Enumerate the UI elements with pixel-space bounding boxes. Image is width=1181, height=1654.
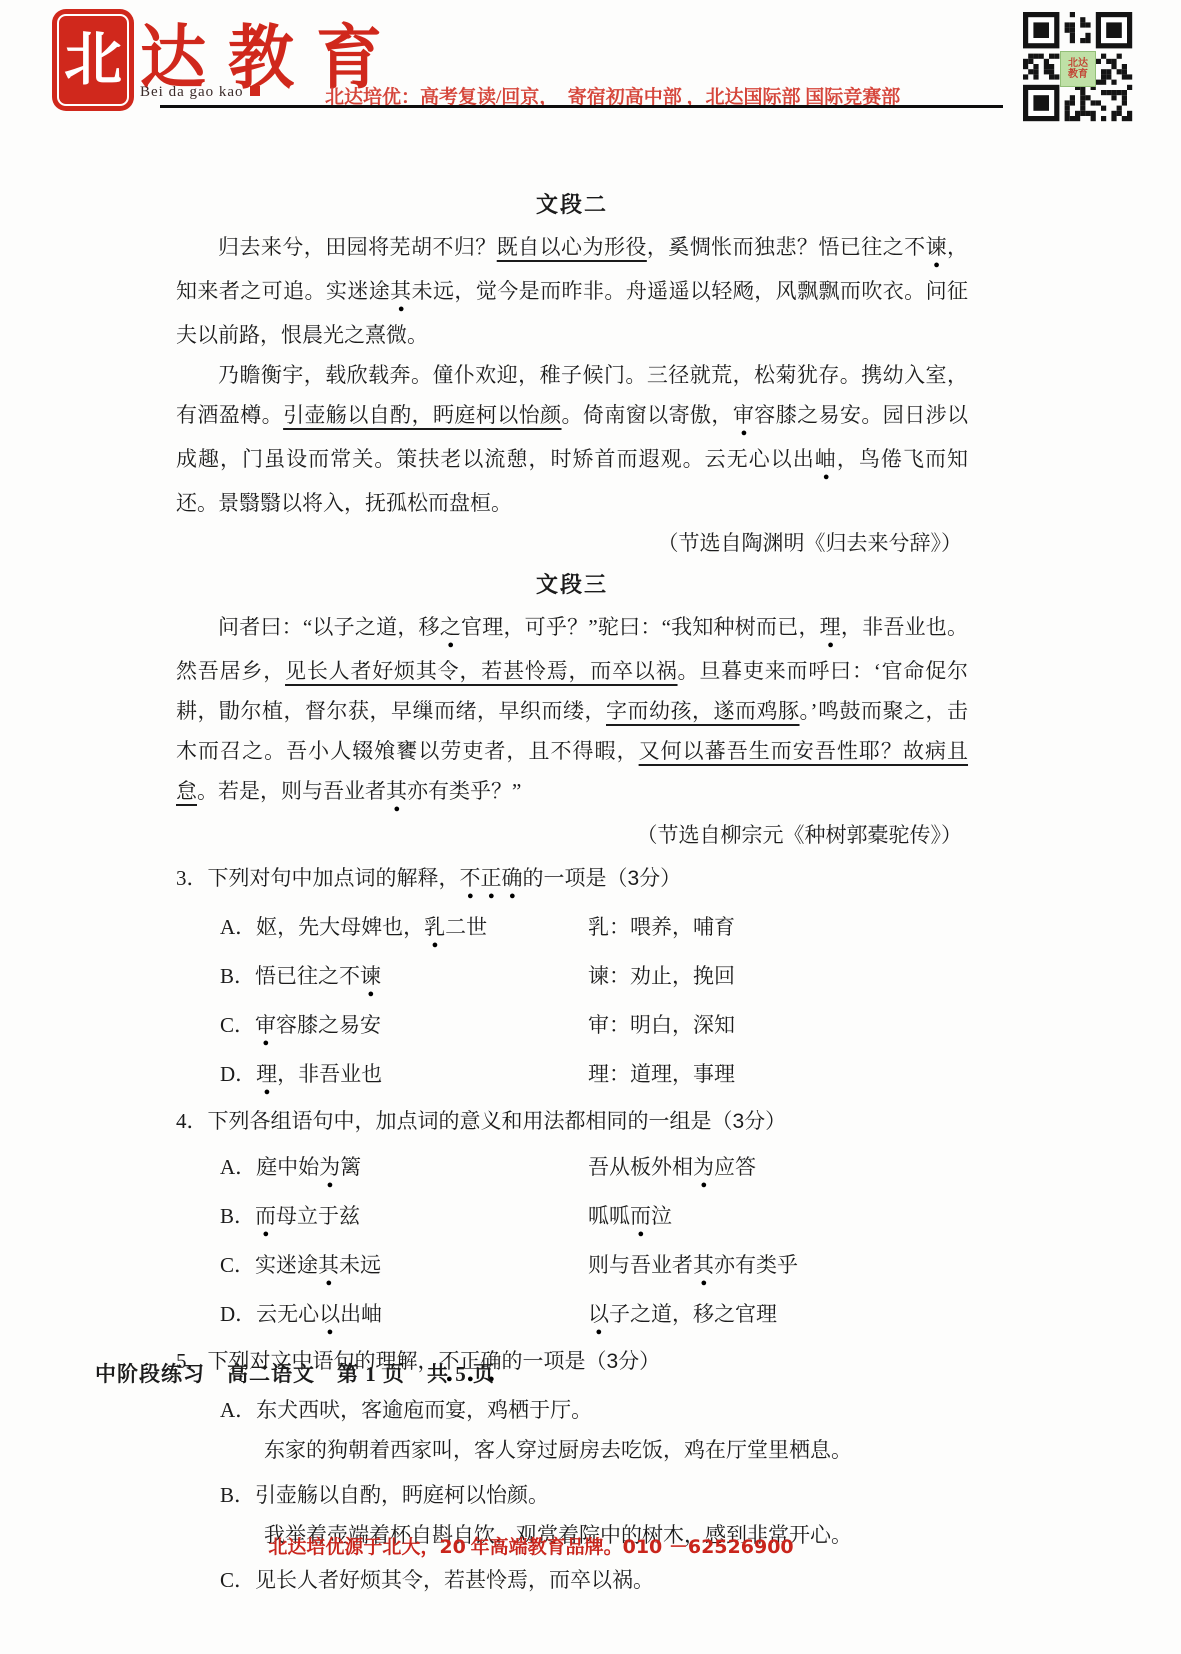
option-label: B． bbox=[220, 1204, 255, 1228]
question-5-option-a-translation: 东家的狗朝着西家叫，客人穿过厨房去吃饭，鸡在厅堂里栖息。 bbox=[176, 1430, 968, 1470]
red-square-icon bbox=[250, 86, 260, 96]
question-5-option-b: B．引壶觞以自酌，眄庭柯以怡颜。 bbox=[176, 1475, 968, 1515]
question-3-number: 3． bbox=[176, 866, 208, 890]
passage3-paragraph-1: 问者曰：“以子之道，移之官理，可乎？”驼曰：“我知种树而已，理，非吾业也。然吾居… bbox=[176, 607, 968, 815]
option-label: C． bbox=[220, 1013, 255, 1037]
question-4-number: 4． bbox=[176, 1109, 208, 1133]
brand-pinyin: Bei da gao kao bbox=[140, 84, 244, 100]
passage2-paragraph-2: 乃瞻衡宇，载欣载奔。僮仆欢迎，稚子候门。三径就荒，松菊犹存。携幼入室，有酒盈樽。… bbox=[176, 355, 968, 523]
option-label: A． bbox=[220, 1155, 256, 1179]
question-4-option-a: A．庭中始为篱 吾从板外相为应答 bbox=[176, 1147, 968, 1191]
beida-seal-logo: 北 bbox=[57, 14, 129, 106]
question-4-option-c: C．实迷途其未远 则与吾业者其亦有类乎 bbox=[176, 1245, 968, 1289]
qr-code: 北达 教育 bbox=[1023, 12, 1133, 126]
option-label: C． bbox=[220, 1568, 255, 1592]
section2-title: 文段二 bbox=[176, 185, 968, 225]
option-label: B． bbox=[220, 1483, 255, 1507]
option-label: D． bbox=[220, 1062, 256, 1086]
header-divider bbox=[160, 105, 1003, 108]
question-3-stem: 3．下列对句中加点词的解释，不正确的一项是（3分） bbox=[176, 858, 968, 902]
option-label: D． bbox=[220, 1302, 256, 1326]
qr-center-label: 北达 教育 bbox=[1060, 51, 1096, 87]
bottom-brand-banner: 北达培优源于北大，20 年高端教育品牌。010 －62526900 bbox=[0, 1532, 1062, 1559]
brand-subtitle: Bei da gao kao bbox=[140, 84, 260, 101]
question-4-option-d: D．云无心以出岫 以子之道，移之官理 bbox=[176, 1294, 968, 1338]
question-3-option-a: A．妪，先大母婢也，乳二世 乳：喂养，哺育 bbox=[176, 907, 968, 951]
question-4-option-b: B．而母立于兹 呱呱而泣 bbox=[176, 1196, 968, 1240]
option-label: B． bbox=[220, 964, 255, 988]
option-label: A． bbox=[220, 1398, 256, 1422]
seal-character: 北 bbox=[64, 31, 122, 89]
exam-page: 北 达教育 Bei da gao kao 北达培优：高考复读/回京， 寄宿初高中… bbox=[0, 0, 1181, 1654]
passage3-attribution: （节选自柳宗元《种树郭橐驼传》） bbox=[176, 815, 968, 855]
question-5-option-a: A．东犬西吠，客逾庖而宴，鸡栖于厅。 bbox=[176, 1390, 968, 1430]
passage2-attribution: （节选自陶渊明《归去来兮辞》） bbox=[176, 523, 968, 563]
option-label: C． bbox=[220, 1253, 255, 1277]
passage2-paragraph-1: 归去来兮，田园将芜胡不归？既自以心为形役，奚惆怅而独悲？悟已往之不谏，知来者之可… bbox=[176, 227, 968, 355]
question-3-option-b: B．悟已往之不谏 谏：劝止，挽回 bbox=[176, 956, 968, 1000]
question-3-option-d: D．理，非吾业也 理：道理，事理 bbox=[176, 1054, 968, 1098]
option-label: A． bbox=[220, 915, 256, 939]
question-3-option-c: C．审容膝之易安 审：明白，深知 bbox=[176, 1005, 968, 1049]
section3-title: 文段三 bbox=[176, 565, 968, 605]
page-footer-info: 中阶段练习 高二语文 第 1 页 共 5 页 bbox=[95, 1358, 495, 1388]
question-4-stem: 4．下列各组语句中，加点词的意义和用法都相同的一组是（3分） bbox=[176, 1101, 968, 1142]
question-5-option-c: C．见长人者好烦其令，若甚怜焉，而卒以祸。 bbox=[176, 1560, 968, 1600]
